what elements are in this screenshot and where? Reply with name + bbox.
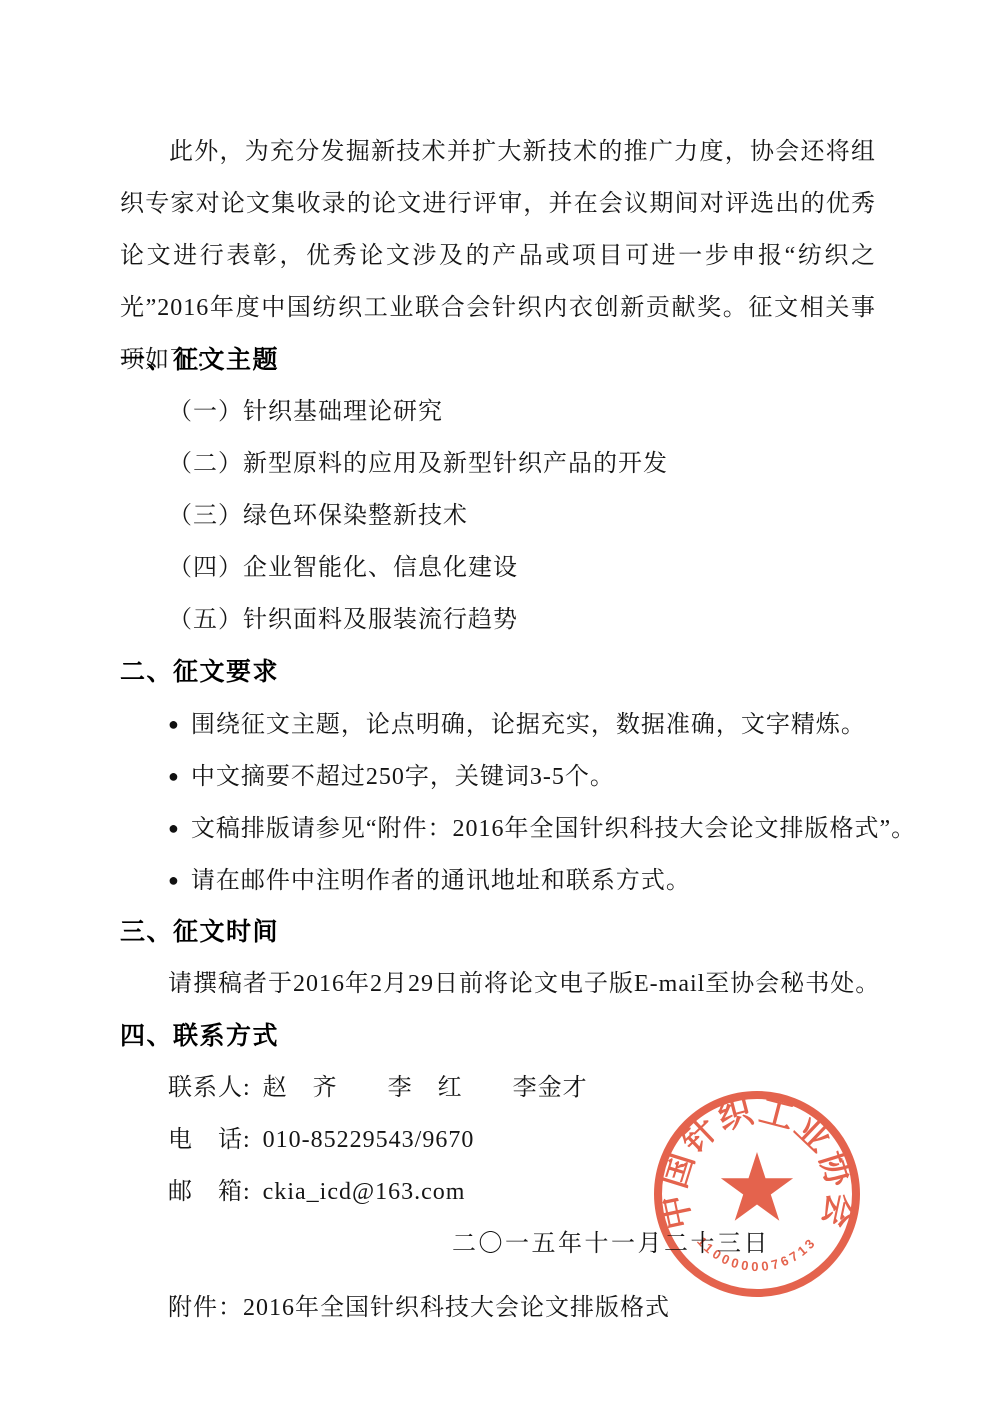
requirement-text-1: 围绕征文主题，论点明确，论据充实，数据准确，文字精炼。 — [191, 712, 866, 738]
contact-phone-label: 电 话: — [168, 1114, 251, 1166]
topic-item-1: （一）针织基础理论研究 — [120, 386, 876, 438]
section1-heading: 一、征文主题 — [120, 334, 876, 386]
document-date: 二〇一五年十一月二十三日 — [120, 1218, 876, 1270]
bullet-icon: ● — [168, 854, 180, 906]
topic-item-5: （五）针织面料及服装流行趋势 — [120, 594, 876, 646]
section3-heading: 三、征文时间 — [120, 906, 876, 958]
bullet-icon: ● — [168, 698, 180, 750]
contact-email-label: 邮 箱: — [168, 1166, 251, 1218]
requirement-item-3: ●文稿排版请参见“附件：2016年全国针织科技大会论文排版格式”。 — [120, 802, 876, 854]
topic-item-3: （三）绿色环保染整新技术 — [120, 490, 876, 542]
requirement-text-4: 请在邮件中注明作者的通讯地址和联系方式。 — [191, 868, 691, 894]
requirement-item-2: ●中文摘要不超过250字，关键词3-5个。 — [120, 750, 876, 802]
intro-paragraph: 此外，为充分发掘新技术并扩大新技术的推广力度，协会还将组织专家对论文集收录的论文… — [120, 126, 876, 334]
deadline-text: 请撰稿者于2016年2月29日前将论文电子版E-mail至协会秘书处。 — [120, 958, 876, 1010]
topic-item-2: （二）新型原料的应用及新型针织产品的开发 — [120, 438, 876, 490]
contact-email-row: 邮 箱:ckia_icd@163.com — [120, 1166, 876, 1218]
contact-email-value: ckia_icd@163.com — [263, 1166, 466, 1218]
contact-phone-value: 010-85229543/9670 — [263, 1114, 475, 1166]
requirement-text-2: 中文摘要不超过250字，关键词3-5个。 — [191, 764, 615, 790]
bullet-icon: ● — [168, 750, 180, 802]
requirement-item-4: ●请在邮件中注明作者的通讯地址和联系方式。 — [120, 854, 876, 906]
attachment-line: 附件：2016年全国针织科技大会论文排版格式 — [120, 1282, 876, 1334]
requirement-text-3: 文稿排版请参见“附件：2016年全国针织科技大会论文排版格式”。 — [191, 816, 916, 842]
section2-heading: 二、征文要求 — [120, 646, 876, 698]
requirement-item-1: ●围绕征文主题，论点明确，论据充实，数据准确，文字精炼。 — [120, 698, 876, 750]
contact-person-label: 联系人: — [168, 1062, 251, 1114]
topic-item-4: （四）企业智能化、信息化建设 — [120, 542, 876, 594]
document-body: 此外，为充分发掘新技术并扩大新技术的推广力度，协会还将组织专家对论文集收录的论文… — [0, 0, 992, 1334]
contact-phone-row: 电 话:010-85229543/9670 — [120, 1114, 876, 1166]
bullet-icon: ● — [168, 802, 180, 854]
document-page: 此外，为充分发掘新技术并扩大新技术的推广力度，协会还将组织专家对论文集收录的论文… — [0, 0, 992, 1403]
contact-person-row: 联系人:赵 齐 李 红 李金才 — [120, 1062, 876, 1114]
contact-person-value: 赵 齐 李 红 李金才 — [263, 1062, 588, 1114]
section4-heading: 四、联系方式 — [120, 1010, 876, 1062]
